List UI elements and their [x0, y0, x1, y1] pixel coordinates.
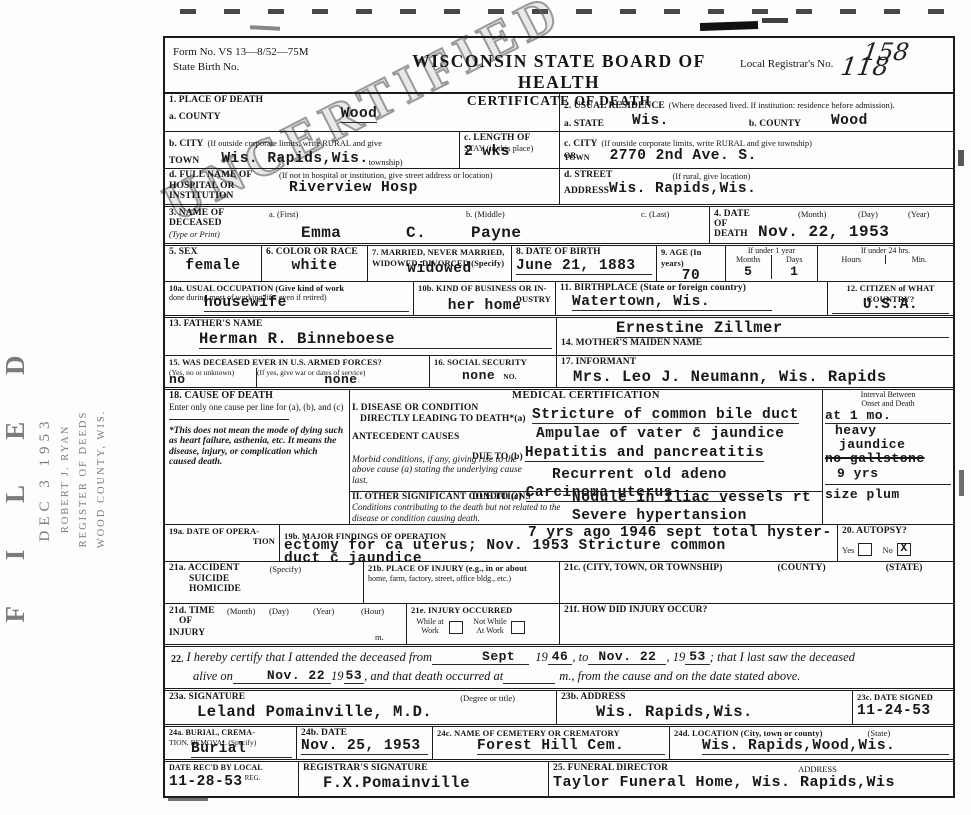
certify-number: 22. [171, 654, 184, 665]
certify-to-value: Nov. 22 [588, 649, 666, 665]
date-received-label: DATE REC'D BY LOCAL [169, 763, 294, 774]
date-signed-value: 11-24-53 [857, 703, 949, 719]
hospital-value: Riverview Hosp [289, 180, 493, 196]
filed-stamp-registrar-title: REGISTER OF DEEDS [77, 334, 90, 624]
medical-certification-header: MEDICAL CERTIFICATION [350, 390, 822, 401]
ssn-value: none [462, 368, 495, 383]
local-registrar-number: 118 [839, 52, 891, 81]
cause-note2: *This does not mean the mode of dying su… [169, 426, 345, 468]
while-at-work-label2: Work [411, 626, 449, 635]
registrar-signature-value: F.X.Pomainville [323, 774, 544, 792]
row-registrar: DATE REC'D BY LOCAL 11-28-53 REG. REGIST… [165, 762, 953, 796]
residence-state-value: Wis. [632, 113, 669, 129]
dob-value: June 21, 1883 [516, 258, 652, 275]
interval-value-3: 9 yrs [837, 466, 951, 481]
interval-header1: Interval Between [825, 390, 951, 399]
under1-label: If under 1 year [726, 246, 817, 255]
dod-label2: OF [714, 219, 727, 230]
street-label: d. STREET [564, 170, 612, 181]
citizen-label: 12. CITIZEN of WHAT [832, 283, 949, 294]
funeral-director-address-label: ADDRESS [798, 764, 837, 774]
how-injury-occurred-label: 21f. HOW DID INJURY OCCUR? [564, 605, 949, 616]
physician-address: Wis. Rapids,Wis. [596, 703, 848, 721]
disease-value: Stricture of common bile duct [532, 407, 799, 424]
usual-residence-label: 2. USUAL RESIDENCE [564, 101, 665, 111]
row-vitals: 5. SEX female 6. COLOR OR RACE white 7. … [165, 246, 953, 282]
row-city-stay: b. CITY (If outside corporate limits, wr… [165, 132, 953, 170]
certify-text-5: m., from the cause and on the date state… [559, 669, 800, 684]
injury-city-label: 21c. (CITY, TOWN, OR TOWNSHIP) [564, 563, 722, 574]
not-while-at-work-checkbox[interactable] [511, 621, 525, 634]
other-condition-1: Nodule in iliac vessels rt [572, 490, 811, 506]
mother-label: 14. MOTHER'S MAIDEN NAME [561, 338, 949, 349]
last-name-label: c. (Last) [641, 209, 669, 219]
interval-value-4: size plum [825, 484, 951, 502]
birthplace-value: Watertown, Wis. [572, 294, 772, 311]
certify-19-2: , 19 [666, 650, 685, 665]
injury-month-label: (Month) [227, 606, 255, 616]
certify-text-2: ; that I last saw the deceased [710, 650, 855, 665]
father-value: Herman R. Binneboese [199, 330, 552, 349]
residence-city-label: c. CITY [564, 139, 597, 149]
injury-hour-label: (Hour) [361, 606, 384, 616]
certify-19-1: 19 [535, 650, 548, 665]
row-injury-time: 21d. TIME OF INJURY (Month) (Day) (Year)… [165, 604, 953, 648]
burial-state-label: (State) [868, 728, 891, 738]
armed-forces-label: 15. WAS DECEASED EVER IN U.S. ARMED FORC… [169, 357, 425, 368]
row-parents: 13. FATHER'S NAME Herman R. Binneboese E… [165, 318, 953, 356]
burial-date-label: 24b. DATE [301, 728, 428, 739]
certify-to-year: 53 [685, 649, 710, 665]
while-at-work-label1: While at [411, 617, 449, 626]
suicide-label: SUICIDE [189, 574, 359, 585]
burial-date-value: Nov. 25, 1953 [301, 738, 428, 755]
cause-note1: Enter only one cause per line for (a), (… [169, 402, 345, 412]
birthplace-label: 11. BIRTHPLACE (State or foreign country… [560, 283, 823, 294]
filed-stamp-word: F I L E D [0, 334, 31, 624]
days-value: 1 [772, 264, 818, 279]
interval-value-2c: no gallstone [825, 452, 951, 466]
under24-label: If under 24 hrs. [818, 246, 953, 255]
sex-label: 5. SEX [169, 247, 257, 258]
row-occupation: 10a. USUAL OCCUPATION (Give kind of work… [165, 282, 953, 318]
row-injury-type: 21a. ACCIDENT (Specify) SUICIDE HOMICIDE… [165, 562, 953, 604]
middle-name-label: b. (Middle) [466, 209, 505, 219]
place-of-death-label: 1. PLACE OF DEATH [169, 95, 555, 106]
dod-year-label: (Year) [908, 209, 929, 219]
deceased-label: 3. NAME OF [169, 208, 261, 219]
injury-day-label: (Day) [269, 606, 289, 616]
recurrent-value: Recurrent old adeno [552, 467, 727, 483]
stay-label: c. LENGTH OF [464, 133, 555, 144]
scan-artifact-top-dashes [180, 9, 950, 14]
city-note: (If outside corporate limits, write RURA… [208, 138, 382, 148]
certify-text-1: I hereby certify that I attended the dec… [187, 650, 433, 665]
citizen-value: U.S.A. [832, 297, 949, 314]
certify-alive-year: 53 [344, 668, 365, 684]
autopsy-no-label: No [882, 545, 892, 555]
father-label: 13. FATHER'S NAME [169, 319, 552, 330]
street-value: Wis. Rapids,Wis. [609, 181, 756, 197]
form-number: Form No. VS 13—8/52—75M [173, 45, 378, 60]
informant-value: Mrs. Leo J. Neumann, Wis. Rapids [573, 368, 949, 386]
county-value: Wood [341, 106, 378, 123]
funeral-director-value: Taylor Funeral Home, Wis. Rapids,Wis [553, 774, 949, 791]
registrar-signature-label: REGISTRAR'S SIGNATURE [303, 763, 544, 774]
accident-label: 21a. ACCIDENT [169, 563, 239, 574]
interval-value-2b: jaundice [839, 438, 951, 452]
funeral-director-label: 25. FUNERAL DIRECTOR [553, 763, 668, 774]
residence-county-value: Wood [831, 113, 868, 129]
physician-signature: Leland Pomainville, M.D. [197, 703, 552, 721]
certify-from-year: 46 [548, 649, 573, 665]
certify-19-3: 19 [331, 669, 344, 684]
certify-from-value: Sept [468, 649, 529, 665]
row-certification: 22. I hereby certify that I attended the… [165, 647, 953, 691]
signature-label: 23a. SIGNATURE [169, 692, 245, 703]
residence-city-value: 2770 2nd Ave. S. [610, 148, 757, 164]
interval-value-1: at 1 mo. [825, 408, 951, 424]
time-of-injury-label: 21d. TIME [169, 606, 215, 617]
certify-text-4: , and that death occurred at [364, 669, 503, 684]
physician-address-label: 23b. ADDRESS [561, 692, 848, 703]
autopsy-label: 20. AUTOPSY? [842, 526, 949, 537]
antecedent-label: ANTECEDENT CAUSES [352, 432, 530, 443]
due-to-b-label: DUE TO (b) [472, 452, 523, 463]
ssn-label: 16. SOCIAL SECURITY [434, 357, 552, 368]
operation-date-label: 19a. DATE OF OPERA- [169, 526, 275, 537]
dod-label: 4. DATE [714, 209, 750, 220]
hours-label: Hours [818, 255, 885, 264]
injury-county-label: (COUNTY) [777, 563, 825, 574]
certificate-form: Form No. VS 13—8/52—75M State Birth No. … [163, 36, 955, 798]
scan-artifact-edge-mark [958, 150, 964, 166]
dod-month-label: (Month) [798, 209, 826, 219]
middle-name-value: C. [406, 224, 426, 242]
form-title: WISCONSIN STATE BOARD OF HEALTH [378, 51, 740, 93]
autopsy-yes-label: Yes [842, 545, 854, 555]
hospital-note: (If not in hospital or institution, give… [279, 170, 493, 180]
row-operation-autopsy: 19a. DATE OF OPERA- TION 19b. MAJOR FIND… [165, 525, 953, 563]
injury-occurred-label: 21e. INJURY OCCURRED [411, 605, 555, 616]
certify-to-word: , to [572, 650, 588, 665]
business-label: 10b. KIND OF BUSINESS OR IN- [418, 283, 551, 294]
degree-label: (Degree or title) [460, 693, 515, 703]
row-hospital-street: d. FULL NAME OF HOSPITAL OR INSTITUTION … [165, 169, 953, 207]
county-label: a. COUNTY [169, 112, 221, 123]
place-of-injury-label2: home, farm, factory, street, office bldg… [368, 574, 555, 583]
burial-location-label: 24d. LOCATION (City, town or county) [674, 728, 823, 739]
hospital-label3: INSTITUTION [169, 191, 279, 202]
residence-city-note: (If outside corporate limits, write RURA… [601, 138, 812, 148]
stay-value: 2 wks [464, 144, 555, 160]
filed-stamp-date: DEC 3 1953 [37, 334, 54, 624]
dod-day-label: (Day) [858, 209, 878, 219]
autopsy-yes-checkbox[interactable] [858, 543, 872, 556]
or-town-label: TOWN [169, 156, 199, 167]
residence-town-label: TOWN [564, 153, 590, 164]
first-name-value: Emma [301, 224, 341, 242]
last-name-value: Payne [471, 224, 522, 242]
interval-value-2a: heavy [835, 424, 951, 438]
date-received-reg-label: REG. [245, 774, 261, 782]
cemetery-value: Forest Hill Cem. [477, 738, 665, 755]
usual-residence-note: (Where deceased lived. If institution: r… [669, 100, 895, 110]
injury-state-label: (STATE) [886, 563, 923, 574]
dod-value: Nov. 22, 1953 [758, 223, 889, 241]
street-label2: ADDRESS [564, 186, 609, 197]
other-condition-2: Severe hypertansion [572, 508, 747, 524]
antecedent-value: Ampulae of vater c̄ jaundice [536, 426, 784, 442]
autopsy-no-checkbox[interactable]: X [897, 543, 911, 556]
cause-label: 18. CAUSE OF DEATH [169, 391, 345, 402]
disease-label1: I. DISEASE OR CONDITION [352, 403, 530, 414]
dod-label3: DEATH [714, 229, 748, 240]
race-label: 6. COLOR OR RACE [266, 247, 363, 258]
date-signed-label: 23c. DATE SIGNED [857, 692, 949, 703]
homicide-label: HOMICIDE [189, 584, 359, 595]
ssn-label2: NO. [503, 372, 516, 383]
certify-text-3: alive on [193, 669, 233, 684]
time-of-injury-label3: INJURY [169, 628, 205, 639]
occupation-label: 10a. USUAL OCCUPATION (Give kind of work [169, 283, 409, 293]
marital-label: 7. MARRIED, NEVER MARRIED, [372, 247, 507, 258]
hospital-label2: HOSPITAL OR [169, 181, 279, 192]
injury-year-label: (Year) [313, 606, 334, 616]
race-value: white [266, 258, 363, 274]
date-received-value: 11-28-53 [169, 774, 243, 790]
days-label: Days [772, 255, 818, 264]
row-physician: 23a. SIGNATURE (Degree or title) Leland … [165, 691, 953, 727]
filed-stamp-registrar-name: ROBERT J. RYAN [59, 334, 72, 624]
injury-m-label: m. [375, 632, 384, 642]
scan-artifact-smudge [762, 18, 788, 23]
street-note: (If rural, give location) [672, 171, 750, 181]
disease-label2: DIRECTLY LEADING TO DEATH*(a) [360, 414, 530, 425]
operation-date-label2: TION [169, 536, 275, 547]
mother-value: Ernestine Zillmer [616, 319, 949, 338]
interval-header2: Onset and Death [825, 399, 951, 408]
cemetery-label: 24c. NAME OF CEMETERY OR CREMATORY [437, 728, 665, 739]
row-name-dod: 3. NAME OF DECEASED (Type or Print) a. (… [165, 207, 953, 247]
scan-artifact-edge-mark [250, 25, 280, 31]
months-label: Months [726, 255, 771, 264]
due-to-b-value: Hepatitis and pancreatitis [525, 445, 764, 462]
not-while-at-work-label1: Not While [469, 617, 511, 626]
hospital-label: d. FULL NAME OF [169, 170, 279, 181]
scan-artifact-smudge [700, 21, 758, 31]
time-of-injury-label2: OF [179, 616, 192, 627]
autopsy-no-checkmark: X [900, 543, 907, 555]
min-label: Min. [886, 255, 954, 264]
deceased-label3: (Type or Print) [169, 229, 261, 240]
city-note2: township) [369, 157, 403, 167]
local-registrar-label: Local Registrar's No. [740, 58, 833, 70]
death-certificate-page: { "page": { "sheet_number": "158" }, "st… [0, 0, 971, 815]
dob-label: 8. DATE OF BIRTH [516, 247, 652, 258]
sex-value: female [169, 258, 257, 274]
row-place-residence: 1. PLACE OF DEATH a. COUNTY Wood 2. USUA… [165, 94, 953, 132]
city-label: b. CITY [169, 139, 204, 149]
form-header: Form No. VS 13—8/52—75M State Birth No. … [165, 38, 953, 94]
deceased-label2: DECEASED [169, 218, 261, 229]
city-value: Wis. Rapids,Wis. [221, 151, 368, 167]
other-conditions-label: II. OTHER SIGNIFICANT CONDITIONS [352, 492, 572, 503]
age-label: 9. AGE (In years) [661, 247, 721, 268]
burial-type-value: Burial [191, 741, 292, 758]
row-burial: 24a. BURIAL, CREMA- TION, REMOVAL (Speci… [165, 727, 953, 763]
informant-label: 17. INFORMANT [561, 357, 949, 368]
not-while-at-work-label2: At Work [469, 626, 511, 635]
state-birth-no-label: State Birth No. [173, 60, 378, 75]
scan-artifact-edge-mark [959, 470, 964, 496]
while-at-work-checkbox[interactable] [449, 621, 463, 634]
row-cause-of-death: 18. CAUSE OF DEATH Enter only one cause … [165, 390, 953, 525]
first-name-label: a. (First) [269, 209, 298, 219]
row-service-informant: 15. WAS DECEASED EVER IN U.S. ARMED FORC… [165, 356, 953, 390]
burial-type-label: 24a. BURIAL, CREMA- [169, 728, 292, 739]
other-conditions-note: Conditions contributing to the death but… [352, 502, 572, 523]
filed-stamp-county: WOOD COUNTY, WIS. [95, 334, 108, 624]
months-value: 5 [726, 264, 771, 279]
burial-location-value: Wis. Rapids,Wood,Wis. [702, 738, 949, 755]
residence-state-label: a. STATE [564, 119, 604, 130]
residence-county-label: b. COUNTY [749, 119, 801, 130]
filed-stamp: F I L E D DEC 3 1953 ROBERT J. RYAN REGI… [0, 334, 158, 624]
findings-line3: duct c̄ jaundice [284, 551, 422, 567]
certify-alive-value: Nov. 22 [261, 668, 331, 684]
